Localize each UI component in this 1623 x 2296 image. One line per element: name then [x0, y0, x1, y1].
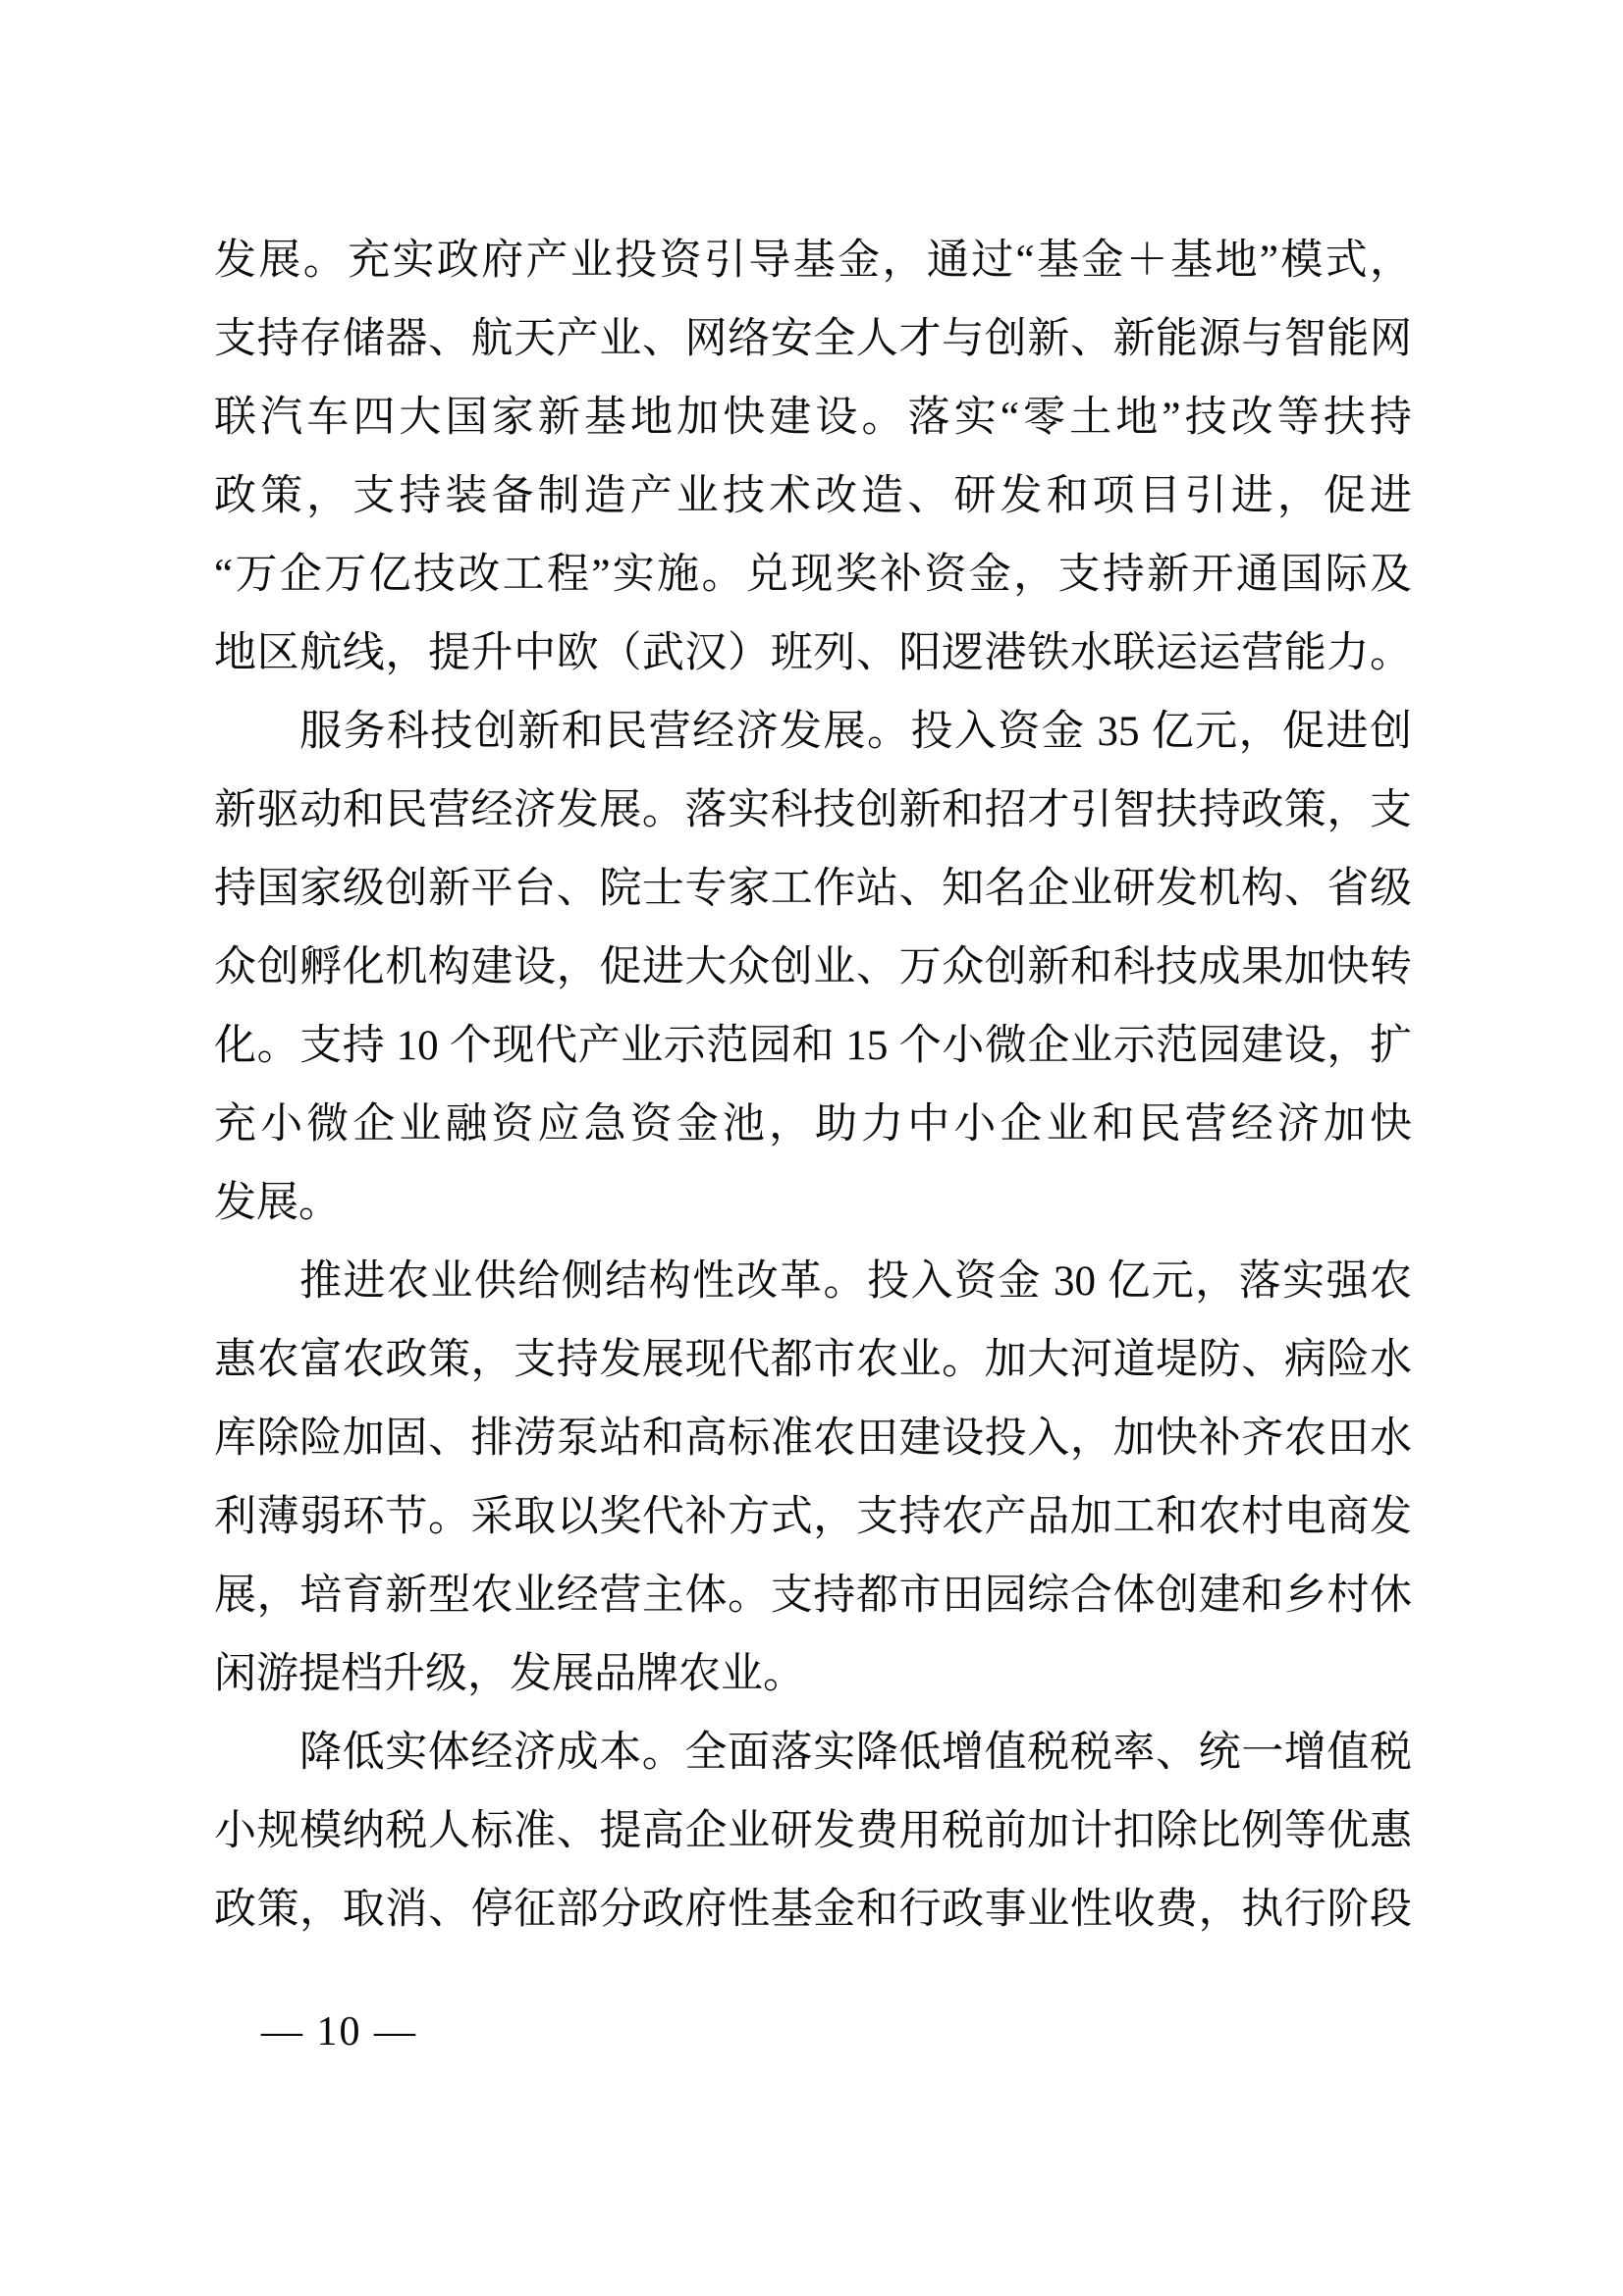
text-line: 发展。 [214, 1164, 1412, 1243]
text-line: 充小微企业融资应急资金池，助力中小企业和民营经济加快 [214, 1086, 1412, 1164]
text-line: 闲游提档升级，发展品牌农业。 [214, 1635, 1412, 1714]
text-line: 库除险加固、排涝泵站和高标准农田建设投入，加快补齐农田水 [214, 1400, 1412, 1478]
document-page: 发展。充实政府产业投资引导基金，通过“基金＋基地”模式， 支持存储器、航天产业、… [0, 0, 1623, 2296]
text-line: 展，培育新型农业经营主体。支持都市田园综合体创建和乡村休 [214, 1557, 1412, 1635]
page-number: — 10 — [261, 2001, 417, 2063]
paragraph-continuation: 发展。充实政府产业投资引导基金，通过“基金＋基地”模式， 支持存储器、航天产业、… [214, 222, 1412, 693]
paragraph-tech-innovation: 服务科技创新和民营经济发展。投入资金 35 亿元，促进创 新驱动和民营经济发展。… [214, 693, 1412, 1243]
text-line: 地区航线，提升中欧（武汉）班列、阳逻港铁水联运运营能力。 [214, 614, 1412, 693]
text-line: 联汽车四大国家新基地加快建设。落实“零土地”技改等扶持 [214, 379, 1412, 457]
text-line: 惠农富农政策，支持发展现代都市农业。加大河道堤防、病险水 [214, 1321, 1412, 1400]
paragraph-cost-reduction: 降低实体经济成本。全面落实降低增值税税率、统一增值税 小规模纳税人标准、提高企业… [214, 1714, 1412, 1949]
text-line: 推进农业供给侧结构性改革。投入资金 30 亿元，落实强农 [214, 1243, 1412, 1321]
text-line: 众创孵化机构建设，促进大众创业、万众创新和科技成果加快转 [214, 929, 1412, 1007]
text-line: 新驱动和民营经济发展。落实科技创新和招才引智扶持政策，支 [214, 772, 1412, 850]
text-block: 发展。充实政府产业投资引导基金，通过“基金＋基地”模式， 支持存储器、航天产业、… [214, 222, 1412, 1949]
text-line: “万企万亿技改工程”实施。兑现奖补资金，支持新开通国际及 [214, 536, 1412, 614]
text-line: 化。支持 10 个现代产业示范园和 15 个小微企业示范园建设，扩 [214, 1007, 1412, 1086]
text-line: 利薄弱环节。采取以奖代补方式，支持农产品加工和农村电商发 [214, 1478, 1412, 1557]
paragraph-agriculture-reform: 推进农业供给侧结构性改革。投入资金 30 亿元，落实强农 惠农富农政策，支持发展… [214, 1243, 1412, 1714]
text-line: 支持存储器、航天产业、网络安全人才与创新、新能源与智能网 [214, 300, 1412, 379]
text-line: 发展。充实政府产业投资引导基金，通过“基金＋基地”模式， [214, 222, 1412, 300]
text-line: 小规模纳税人标准、提高企业研发费用税前加计扣除比例等优惠 [214, 1792, 1412, 1871]
text-line: 政策，支持装备制造产业技术改造、研发和项目引进，促进 [214, 457, 1412, 536]
text-line: 政策，取消、停征部分政府性基金和行政事业性收费，执行阶段 [214, 1871, 1412, 1949]
text-line: 降低实体经济成本。全面落实降低增值税税率、统一增值税 [214, 1714, 1412, 1792]
text-line: 服务科技创新和民营经济发展。投入资金 35 亿元，促进创 [214, 693, 1412, 772]
text-line: 持国家级创新平台、院士专家工作站、知名企业研发机构、省级 [214, 850, 1412, 929]
